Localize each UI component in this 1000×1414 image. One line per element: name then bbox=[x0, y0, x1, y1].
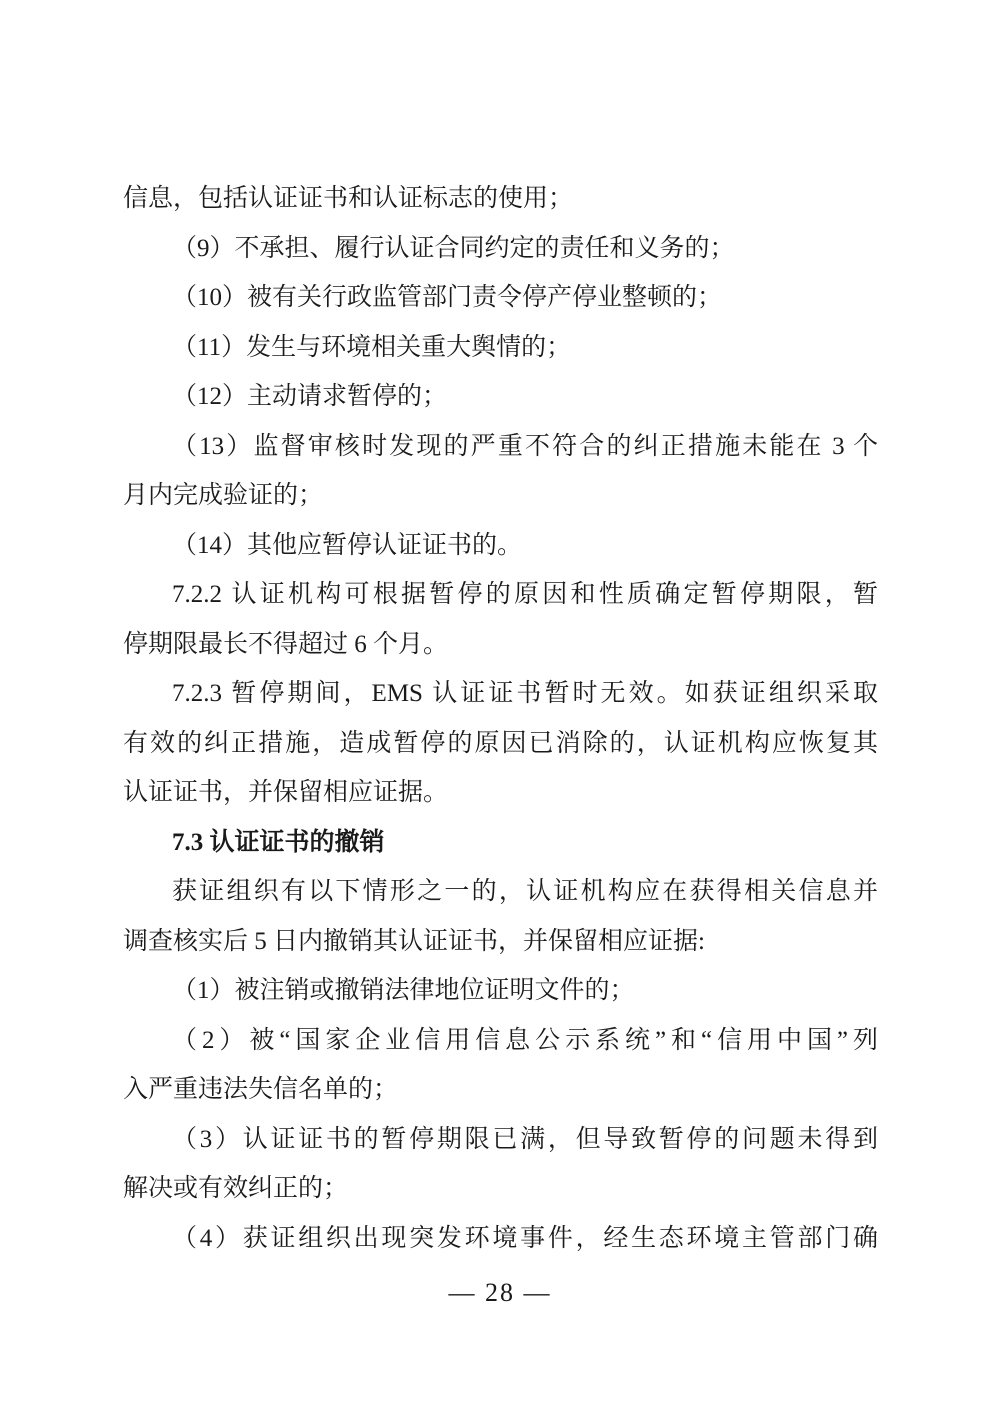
body-line: 认证证书，并保留相应证据。 bbox=[123, 768, 878, 818]
clause-7-2-3-line: 7.2.3 暂停期间，EMS 认证证书暂时无效。如获证组织采取 bbox=[123, 669, 878, 719]
list-item-9: （9）不承担、履行认证合同约定的责任和义务的； bbox=[123, 224, 878, 274]
body-line: 信息，包括认证证书和认证标志的使用； bbox=[123, 174, 878, 224]
body-line: 解决或有效纠正的； bbox=[123, 1164, 878, 1214]
body-line: 入严重违法失信名单的； bbox=[123, 1065, 878, 1115]
list-item-14: （14）其他应暂停认证证书的。 bbox=[123, 521, 878, 571]
body-line: 获证组织有以下情形之一的，认证机构应在获得相关信息并 bbox=[123, 867, 878, 917]
body-line: 月内完成验证的； bbox=[123, 471, 878, 521]
list-item-2: （2）被“国家企业信用信息公示系统”和“信用中国”列 bbox=[123, 1016, 878, 1066]
list-item-13: （13）监督审核时发现的严重不符合的纠正措施未能在 3 个 bbox=[123, 422, 878, 472]
clause-7-2-2-line: 7.2.2 认证机构可根据暂停的原因和性质确定暂停期限，暂 bbox=[123, 570, 878, 620]
body-line: 停期限最长不得超过 6 个月。 bbox=[123, 620, 878, 670]
body-line: 调查核实后 5 日内撤销其认证证书，并保留相应证据: bbox=[123, 917, 878, 967]
document-page: 信息，包括认证证书和认证标志的使用； （9）不承担、履行认证合同约定的责任和义务… bbox=[0, 0, 1000, 1414]
section-heading-7-3: 7.3 认证证书的撤销 bbox=[123, 818, 878, 868]
list-item-4: （4）获证组织出现突发环境事件，经生态环境主管部门确 bbox=[123, 1214, 878, 1264]
list-item-3: （3）认证证书的暂停期限已满，但导致暂停的问题未得到 bbox=[123, 1115, 878, 1165]
page-number: — 28 — bbox=[0, 1276, 1000, 1310]
body-line: 有效的纠正措施，造成暂停的原因已消除的，认证机构应恢复其 bbox=[123, 719, 878, 769]
list-item-1: （1）被注销或撤销法律地位证明文件的； bbox=[123, 966, 878, 1016]
list-item-12: （12）主动请求暂停的； bbox=[123, 372, 878, 422]
list-item-10: （10）被有关行政监管部门责令停产停业整顿的； bbox=[123, 273, 878, 323]
list-item-11: （11）发生与环境相关重大舆情的； bbox=[123, 323, 878, 373]
document-body: 信息，包括认证证书和认证标志的使用； （9）不承担、履行认证合同约定的责任和义务… bbox=[123, 174, 878, 1263]
